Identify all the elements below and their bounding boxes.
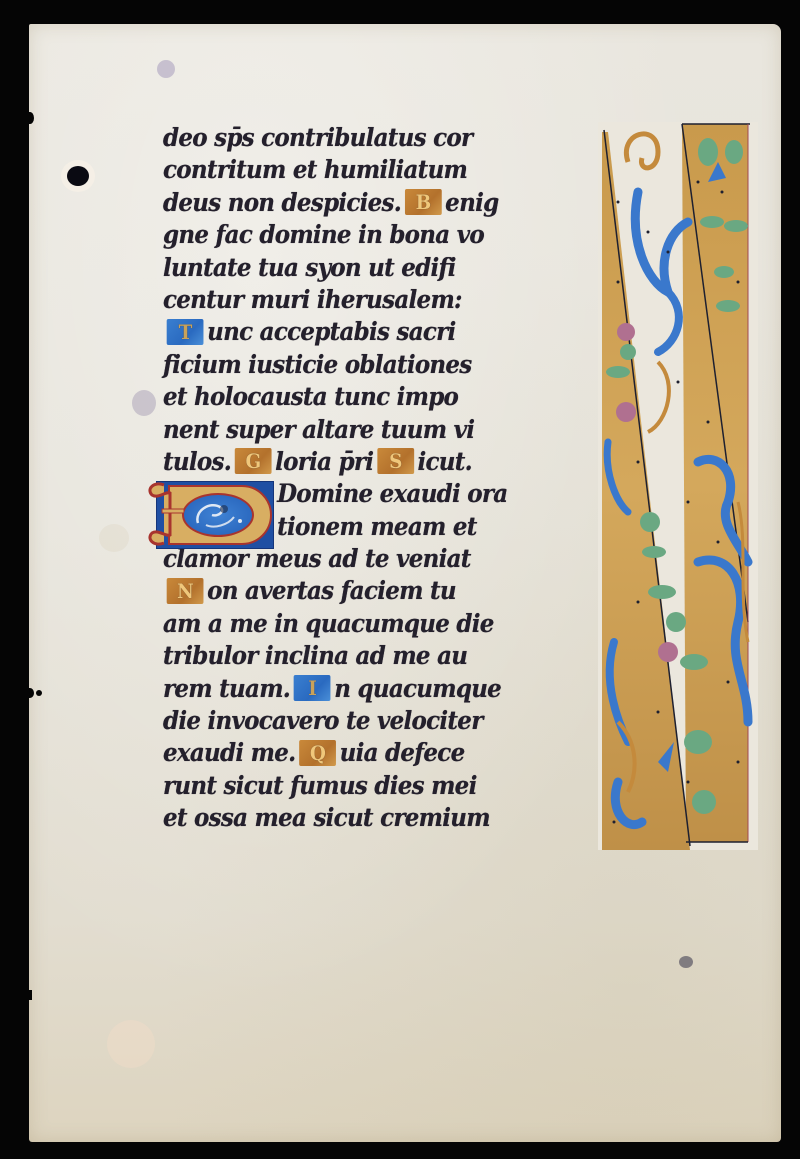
line-text: gne fac domine in bona vo [163, 220, 484, 249]
initial-letter: S [377, 448, 414, 474]
line-text: enig [445, 188, 498, 217]
edge-notch [26, 990, 32, 1000]
line-text: luntate tua syon ut edifi [163, 253, 456, 282]
text-line: runt sicut fumus dies mei [163, 770, 568, 802]
line-text: n quacumque [334, 674, 501, 703]
initial-letter: T [167, 319, 204, 345]
text-line: am a me in quacumque die [163, 608, 568, 640]
edge-notch [26, 112, 34, 124]
text-line: luntate tua syon ut edifi [163, 252, 568, 284]
text-line: exaudi me.Quia defece [163, 737, 568, 769]
text-line: et holocausta tunc impo [163, 381, 568, 413]
line-text: Domine exaudi ora [277, 479, 507, 508]
edge-notch [26, 688, 34, 698]
initial-letter: N [167, 578, 204, 604]
text-line: Tunc acceptabis sacri [163, 316, 568, 348]
initial-stem-icon [144, 479, 184, 549]
text-line: rem tuam.In quacumque [163, 673, 568, 705]
text-line: deus non despicies.Benig [163, 187, 568, 219]
line-text: rem tuam. [163, 674, 290, 703]
line-text: centur muri iherusalem: [163, 285, 462, 314]
line-text: tulos. [163, 447, 231, 476]
line-text: tribulor inclina ad me au [163, 641, 467, 670]
edge-notch [36, 690, 42, 696]
initial-acanthus-icon [184, 495, 252, 535]
text-line: deo sp̄s contribulatus cor [163, 122, 568, 154]
decorated-initial: I [294, 675, 331, 701]
line-text: tionem meam et [277, 512, 477, 541]
initial-inner-blue [182, 493, 254, 537]
initial-letter: Q [299, 740, 336, 766]
text-line: nent super altare tuum vi [163, 414, 568, 446]
decorated-initial: B [405, 189, 442, 215]
stain-bottom-right [679, 956, 693, 968]
large-initial-d [140, 479, 274, 549]
floral-border-icon [598, 122, 758, 850]
line-text: ficium iusticie oblationes [163, 350, 472, 379]
line-text: icut. [417, 447, 471, 476]
line-text: et holocausta tunc impo [163, 382, 458, 411]
line-text: on avertas faciem tu [207, 576, 456, 605]
stain-left [132, 390, 156, 416]
text-line: die invocavero te velociter [163, 705, 568, 737]
text-line: ficium iusticie oblationes [163, 349, 568, 381]
line-text: deo sp̄s contribulatus cor [163, 123, 472, 152]
text-line: et ossa mea sicut cremium [163, 802, 568, 834]
stain-mid-left [99, 524, 129, 552]
line-text: die invocavero te velociter [163, 706, 483, 735]
decorated-initial: N [167, 578, 204, 604]
decorated-initial: Q [299, 740, 336, 766]
line-text: nent super altare tuum vi [163, 415, 474, 444]
stain-bottom-left [107, 1020, 155, 1068]
line-text: am a me in quacumque die [163, 609, 494, 638]
text-line: Non avertas faciem tu [163, 575, 568, 607]
line-text: loria p̄ri [275, 447, 373, 476]
decorated-initial: T [167, 319, 204, 345]
marginal-border [598, 122, 758, 850]
line-text: exaudi me. [163, 738, 295, 767]
line-text: contritum et humiliatum [163, 155, 467, 184]
binding-hole [67, 166, 89, 186]
decorated-initial: S [377, 448, 414, 474]
line-text: et ossa mea sicut cremium [163, 803, 490, 832]
initial-letter: I [294, 675, 331, 701]
line-text: deus non despicies. [163, 188, 401, 217]
initial-letter: B [405, 189, 442, 215]
text-line: tribulor inclina ad me au [163, 640, 568, 672]
text-line: contritum et humiliatum [163, 154, 568, 186]
text-line: centur muri iherusalem: [163, 284, 568, 316]
line-text: uia defece [340, 738, 465, 767]
text-line: tulos.Gloria p̄riSicut. [163, 446, 568, 478]
stain-top [157, 60, 175, 78]
initial-letter: G [235, 448, 272, 474]
line-text: runt sicut fumus dies mei [163, 771, 477, 800]
line-text: unc acceptabis sacri [207, 317, 455, 346]
text-line: gne fac domine in bona vo [163, 219, 568, 251]
decorated-initial: G [235, 448, 272, 474]
